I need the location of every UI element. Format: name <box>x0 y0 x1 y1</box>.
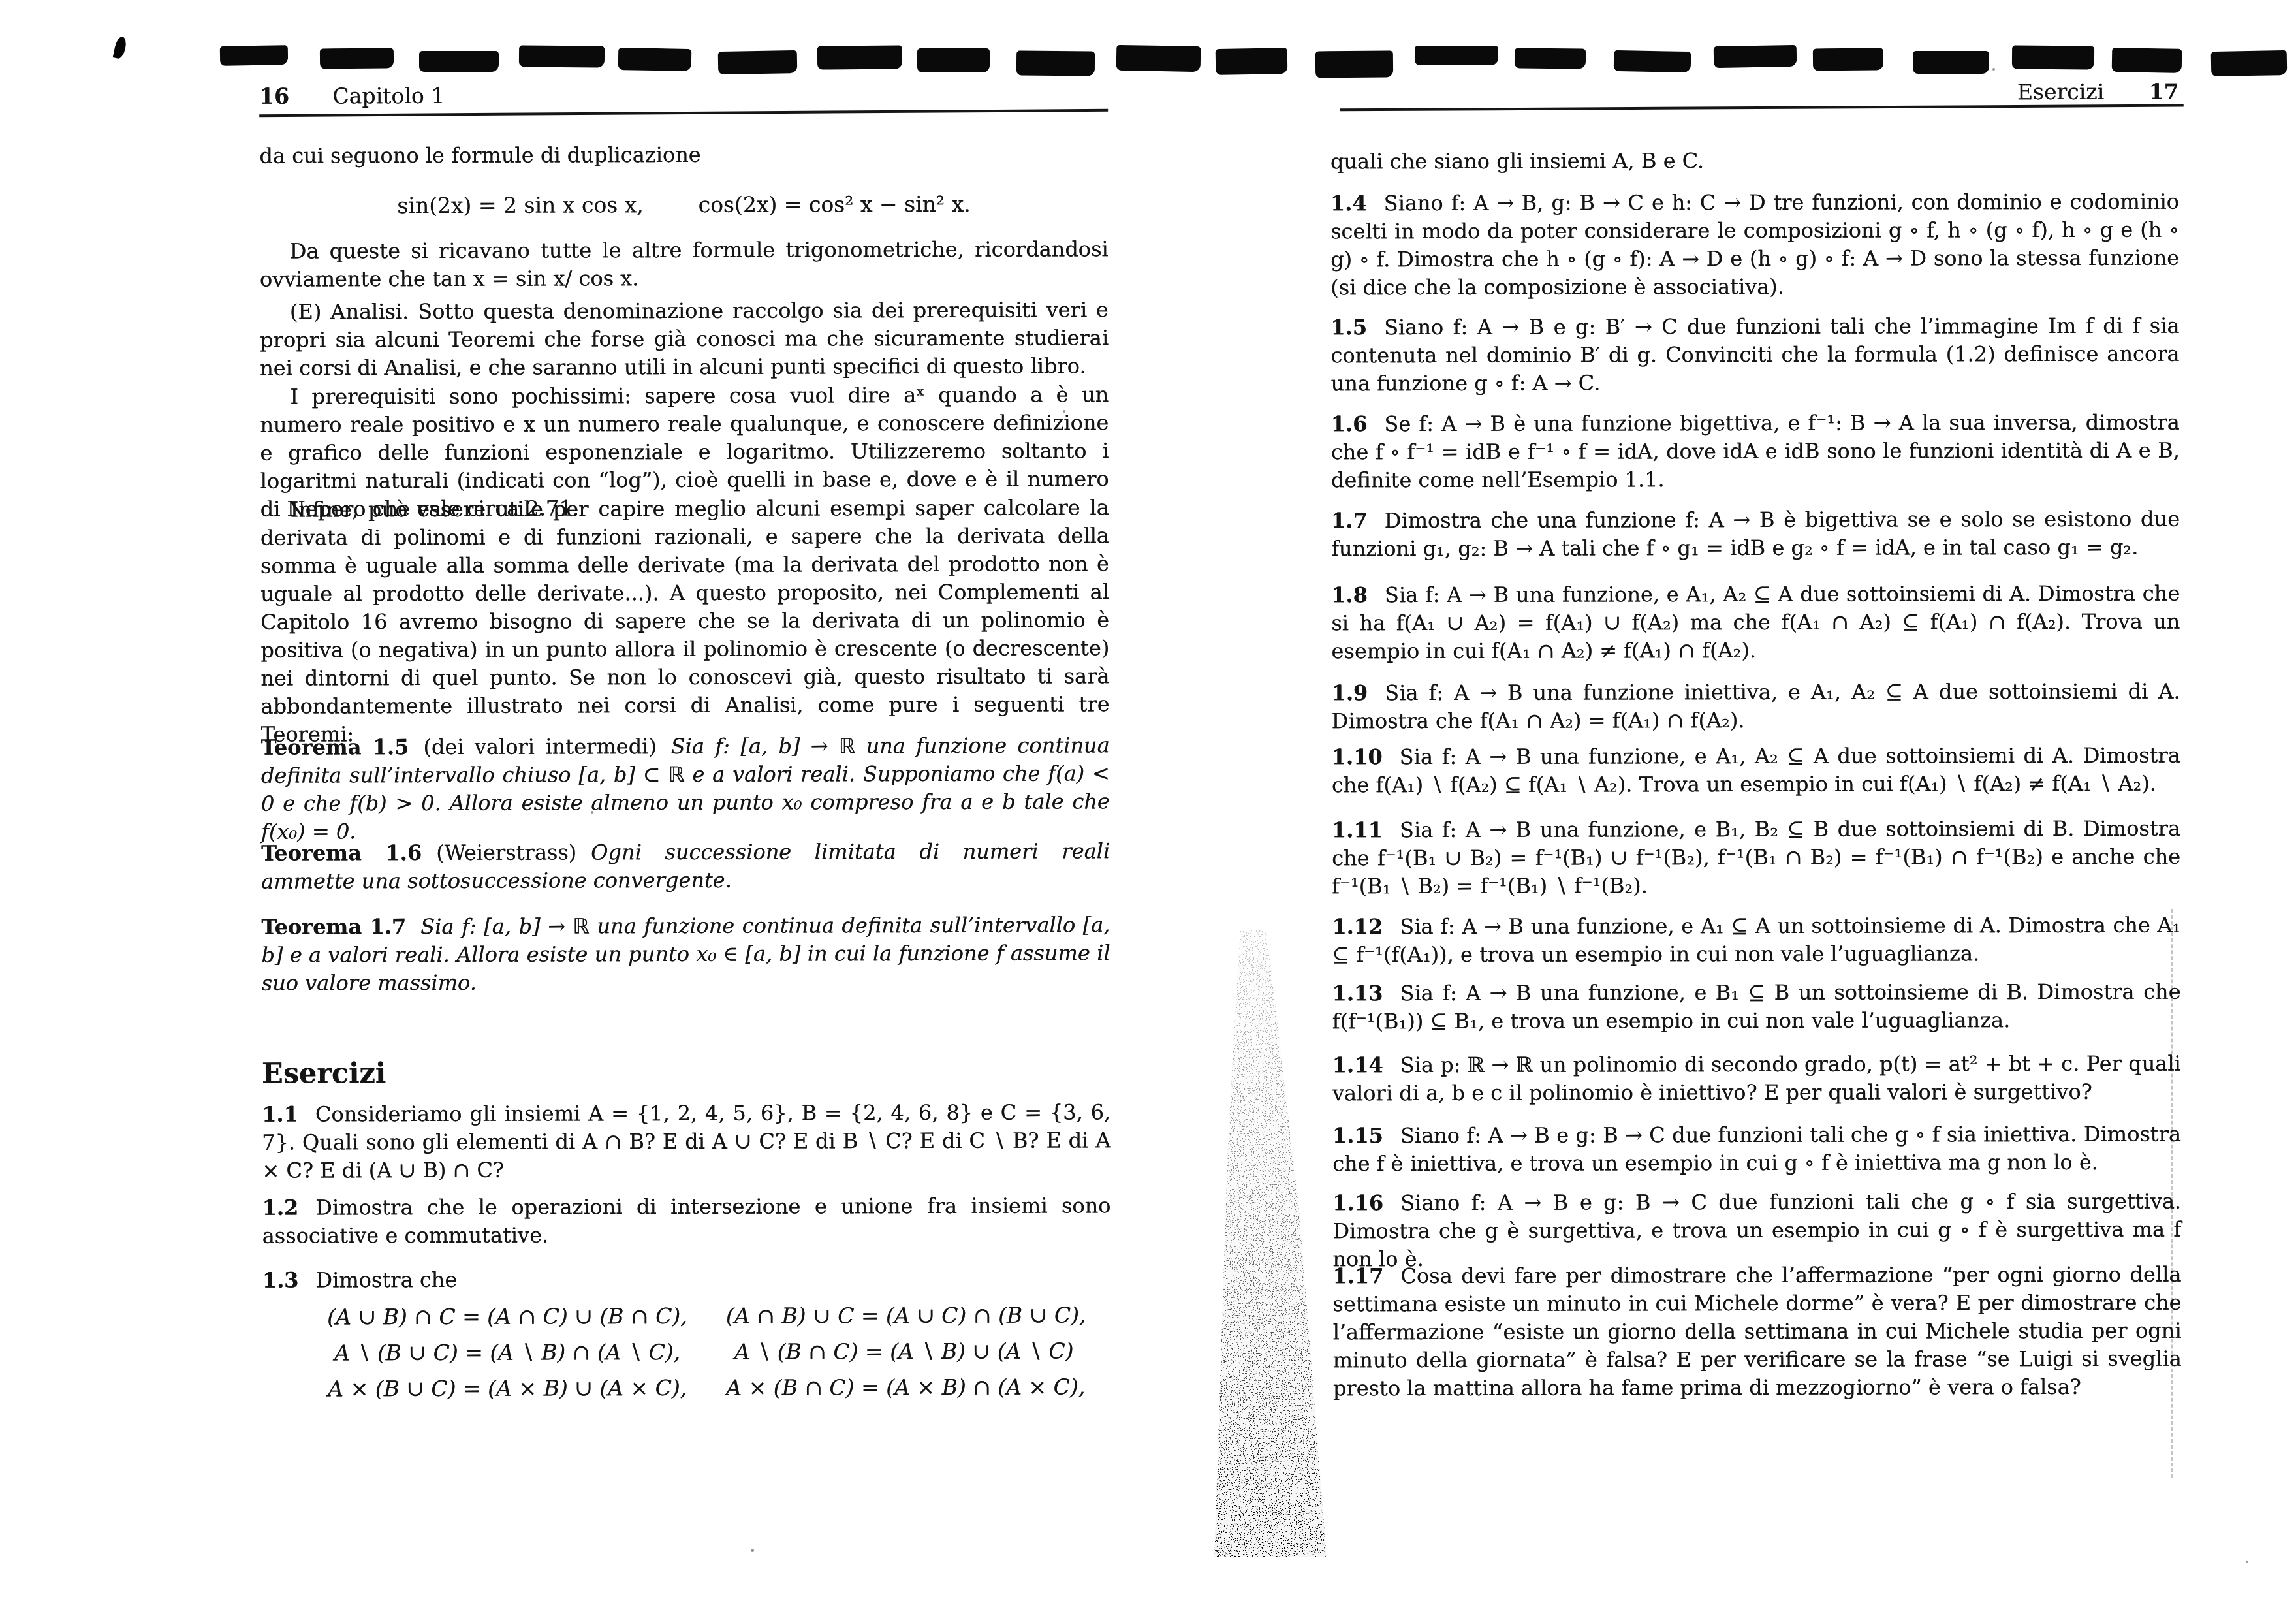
theorem-name: (dei valori intermedi) <box>423 734 657 759</box>
paragraph: Da queste si ricavano tutte le altre for… <box>260 235 1109 293</box>
exercise-text: Sia f: A → B una funzione iniettiva, e A… <box>1332 679 2180 734</box>
exercise-number: 1.5 <box>1330 315 1367 340</box>
exercise-1-11: 1.11Sia f: A → B una funzione, e B₁, B₂ … <box>1332 815 2180 901</box>
set-identity-formula: (A ∪ B) ∩ C = (A ∩ C) ∪ (B ∩ C), <box>324 1298 690 1335</box>
exercise-text: Sia f: A → B una funzione, e A₁, A₂ ⊆ A … <box>1332 743 2180 798</box>
binding-mark <box>1216 48 1288 75</box>
exercise-number: 1.9 <box>1332 680 1368 705</box>
exercise-number: 1.12 <box>1332 914 1383 939</box>
exercise-number: 1.10 <box>1332 744 1383 769</box>
exercise-number: 1.1 <box>262 1102 298 1127</box>
set-identity-formula: A ∖ (B ∪ C) = (A ∖ B) ∩ (A ∖ C), <box>324 1334 690 1370</box>
page-number-right: 17 <box>2149 79 2179 104</box>
intro-line: da cui seguono le formule di duplicazion… <box>259 140 1108 170</box>
exercise-text: Cosa devi fare per dimostrare che l’affe… <box>1333 1262 2182 1401</box>
exercise-1-7: 1.7Dimostra che una funzione f: A → B è … <box>1331 505 2180 563</box>
theorem-name: (Weierstrass) <box>436 840 576 865</box>
exercise-number: 1.7 <box>1331 508 1368 533</box>
binding-mark <box>2211 50 2288 76</box>
exercise-text: Sia f: A → B una funzione, e B₁ ⊆ B un s… <box>1332 979 2181 1034</box>
exercise-number: 1.15 <box>1332 1123 1383 1148</box>
exercise-text: Dimostra che una funzione f: A → B è big… <box>1331 507 2180 562</box>
theorem-label: Teorema 1.6 <box>261 840 422 866</box>
duplication-formula: sin(2x) = 2 sin x cos x, cos(2x) = cos² … <box>260 189 1109 219</box>
exercise-text: Sia f: A → B una funzione, e B₁, B₂ ⊆ B … <box>1332 816 2180 899</box>
exercise-text: Siano f: A → B e g: B′ → C due funzioni … <box>1331 313 2180 396</box>
page-right-header: Esercizi 17 <box>1330 79 2186 106</box>
exercise-text: Siano f: A → B, g: B → C e h: C → D tre … <box>1330 189 2179 300</box>
exercise-text: Sia f: A → B una funzione, e A₁ ⊆ A un s… <box>1332 913 2180 968</box>
set-identity-formula: A ∖ (B ∩ C) = (A ∖ B) ∪ (A ∖ C) <box>726 1333 1082 1369</box>
header-rule-left <box>259 109 1108 117</box>
theorem-label: Teorema 1.7 <box>261 914 406 940</box>
exercise-text: Dimostra che le operazioni di intersezio… <box>262 1193 1111 1248</box>
exercise-1-3: 1.3Dimostra che <box>262 1264 1111 1294</box>
page-number-left: 16 <box>259 84 289 109</box>
set-identity-formula: (A ∩ B) ∪ C = (A ∪ C) ∩ (B ∪ C), <box>726 1297 1082 1333</box>
set-identity-formula: A × (B ∪ C) = (A × B) ∪ (A × C), <box>324 1370 690 1406</box>
page-left: 16 Capitolo 1 da cui seguono le formule … <box>259 0 1112 1616</box>
exercise-text: Dimostra che <box>316 1267 458 1293</box>
binding-mark <box>1116 45 1201 72</box>
exercise-text: Sia p: ℝ → ℝ un polinomio di secondo gra… <box>1332 1051 2181 1106</box>
scan-speck-comma <box>113 36 128 60</box>
exercise-text: Siano f: A → B e g: B → C due funzioni t… <box>1332 1189 2181 1272</box>
continuation-line: quali che siano gli insiemi A, B e C. <box>1330 146 2179 176</box>
page-left-header: 16 Capitolo 1 <box>259 81 1108 108</box>
exercise-number: 1.6 <box>1331 411 1368 436</box>
exercise-1-14: 1.14Sia p: ℝ → ℝ un polinomio di secondo… <box>1332 1050 2181 1108</box>
exercise-number: 1.17 <box>1332 1263 1383 1288</box>
exercise-1-9: 1.9Sia f: A → B una funzione iniettiva, … <box>1332 678 2180 736</box>
running-head-right: Esercizi <box>2017 79 2104 104</box>
exercise-1-15: 1.15Siano f: A → B e g: B → C due funzio… <box>1332 1120 2181 1179</box>
exercise-number: 1.2 <box>262 1196 299 1220</box>
scan-smudge <box>1203 930 1327 1557</box>
exercise-1-17: 1.17Cosa devi fare per dimostrare che l’… <box>1332 1261 2181 1403</box>
paragraph: Infine, può essere utile per capire megl… <box>260 494 1110 748</box>
theorem-1-5: Teorema 1.5(dei valori intermedi)Sia f: … <box>261 731 1110 846</box>
theorem-1-7: Teorema 1.7Sia f: [a, b] → ℝ una funzion… <box>261 911 1110 997</box>
exercise-number: 1.8 <box>1331 582 1368 607</box>
exercise-number: 1.3 <box>262 1268 299 1293</box>
paragraph: (E) Analisi. Sotto questa denominazione … <box>260 296 1109 382</box>
theorem-1-6: Teorema 1.6(Weierstrass)Ogni successione… <box>261 837 1110 895</box>
running-head-left: Capitolo 1 <box>333 83 445 108</box>
exercise-1-6: 1.6Se f: A → B è una funzione bigettiva,… <box>1331 409 2180 495</box>
exercise-1-10: 1.10Sia f: A → B una funzione, e A₁, A₂ … <box>1332 742 2180 800</box>
exercise-1-2: 1.2Dimostra che le operazioni di interse… <box>262 1192 1111 1250</box>
exercise-1-5: 1.5Siano f: A → B e g: B′ → C due funzio… <box>1330 312 2179 398</box>
exercises-heading: Esercizi <box>262 1057 386 1090</box>
exercise-text: Consideriamo gli insiemi A = {1, 2, 4, 5… <box>262 1100 1110 1182</box>
scanned-book-page: 16 Capitolo 1 da cui seguono le formule … <box>0 0 2296 1616</box>
exercise-1-13: 1.13Sia f: A → B una funzione, e B₁ ⊆ B … <box>1332 978 2181 1036</box>
exercise-text: Siano f: A → B e g: B → C due funzioni t… <box>1332 1122 2181 1177</box>
exercise-1-1: 1.1Consideriamo gli insiemi A = {1, 2, 4… <box>262 1098 1110 1184</box>
exercise-number: 1.13 <box>1332 981 1383 1006</box>
exercise-text: Sia f: A → B una funzione, e A₁, A₂ ⊆ A … <box>1331 581 2180 664</box>
page-right: Esercizi 17 quali che siano gli insiemi … <box>1330 0 2182 1616</box>
set-identity-formula: A × (B ∩ C) = (A × B) ∩ (A × C), <box>726 1369 1082 1405</box>
scan-speck <box>2246 1561 2248 1563</box>
exercise-1-8: 1.8Sia f: A → B una funzione, e A₁, A₂ ⊆… <box>1331 580 2180 666</box>
exercise-number: 1.14 <box>1332 1053 1383 1077</box>
exercise-1-4: 1.4Siano f: A → B, g: B → C e h: C → D t… <box>1330 188 2179 302</box>
exercise-1-3-formulas: (A ∪ B) ∩ C = (A ∩ C) ∪ (B ∩ C), (A ∩ B)… <box>324 1297 1082 1406</box>
exercise-number: 1.16 <box>1332 1190 1383 1215</box>
exercise-number: 1.4 <box>1330 191 1367 215</box>
theorem-label: Teorema 1.5 <box>261 735 409 760</box>
exercise-number: 1.11 <box>1332 817 1383 842</box>
exercise-text: Se f: A → B è una funzione bigettiva, e … <box>1331 410 2180 493</box>
exercise-1-12: 1.12Sia f: A → B una funzione, e A₁ ⊆ A … <box>1332 911 2180 970</box>
